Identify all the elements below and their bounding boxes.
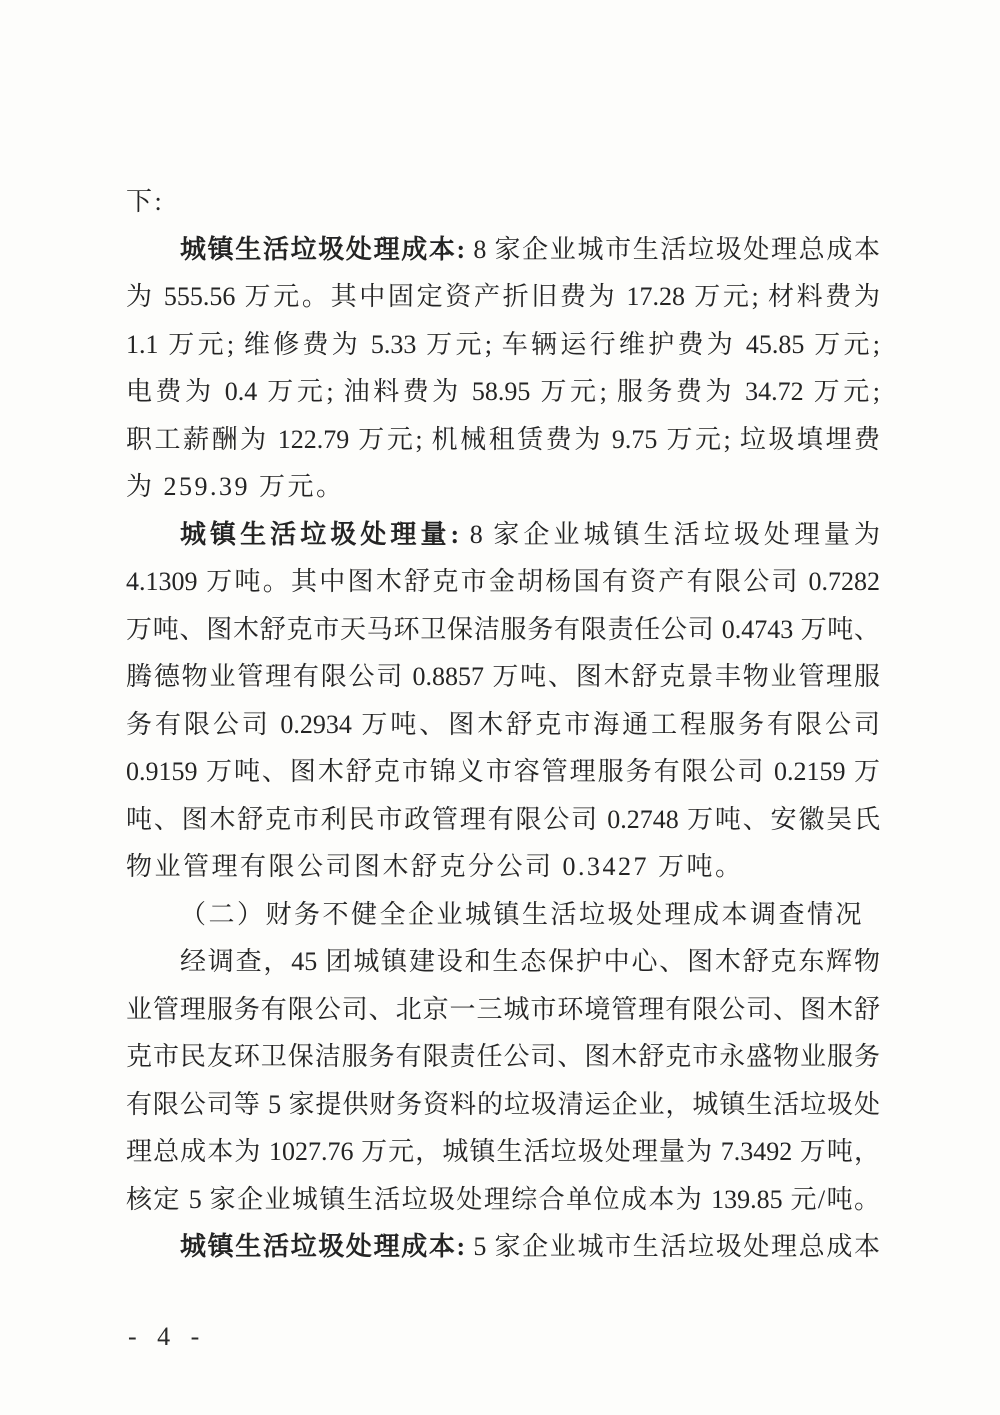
text-line: 0.9159 万吨、图木舒克市锦义市容管理服务有限公司 0.2159 万 [126,748,880,796]
document-body: 下: 城镇生活垃圾处理成本: 8 家企业城市生活垃圾处理总成本 为 555.56… [126,178,880,1271]
page-number: - 4 - [128,1322,206,1352]
text-line: 职工薪酬为 122.79 万元; 机械租赁费为 9.75 万元; 垃圾填埋费 [126,416,880,464]
text-line: 腾德物业管理有限公司 0.8857 万吨、图木舒克景丰物业管理服 [126,653,880,701]
text-line: 有限公司等 5 家提供财务资料的垃圾清运企业，城镇生活垃圾处 [126,1081,880,1129]
text-line: 1.1 万元; 维修费为 5.33 万元; 车辆运行维护费为 45.85 万元; [126,321,880,369]
paragraph-heading-line: 城镇生活垃圾处理量: 8 家企业城镇生活垃圾处理量为 [126,511,880,559]
text-line: 为 259.39 万元。 [126,463,880,511]
bold-heading-run: 城镇生活垃圾处理成本: [180,1232,465,1261]
bold-heading-run: 城镇生活垃圾处理量: [180,520,459,549]
text-run: 8 家企业城镇生活垃圾处理量为 [459,520,880,549]
text-line: 经调查，45 团城镇建设和生态保护中心、图木舒克东辉物 [126,938,880,986]
text-line: 为 555.56 万元。其中固定资产折旧费为 17.28 万元; 材料费为 [126,273,880,321]
text-run: 8 家企业城市生活垃圾处理总成本 [465,235,880,264]
section-heading-line: （二）财务不健全企业城镇生活垃圾处理成本调查情况 [126,891,880,939]
bold-heading-run: 城镇生活垃圾处理成本: [180,235,465,264]
text-line: 核定 5 家企业城镇生活垃圾处理综合单位成本为 139.85 元/吨。 [126,1176,880,1224]
text-line: 业管理服务有限公司、北京一三城市环境管理有限公司、图木舒 [126,986,880,1034]
text-line: 理总成本为 1027.76 万元，城镇生活垃圾处理量为 7.3492 万吨， [126,1128,880,1176]
paragraph-heading-line: 城镇生活垃圾处理成本: 5 家企业城市生活垃圾处理总成本 [126,1223,880,1271]
text-line: 务有限公司 0.2934 万吨、图木舒克市海通工程服务有限公司 [126,701,880,749]
text-line: 电费为 0.4 万元; 油料费为 58.95 万元; 服务费为 34.72 万元… [126,368,880,416]
text-line: 克市民友环卫保洁服务有限责任公司、图木舒克市永盛物业服务 [126,1033,880,1081]
paragraph-heading-line: 城镇生活垃圾处理成本: 8 家企业城市生活垃圾处理总成本 [126,226,880,274]
document-page: 下: 城镇生活垃圾处理成本: 8 家企业城市生活垃圾处理总成本 为 555.56… [0,0,1000,1415]
text-line: 4.1309 万吨。其中图木舒克市金胡杨国有资产有限公司 0.7282 [126,558,880,606]
text-line: 万吨、图木舒克市天马环卫保洁服务有限责任公司 0.4743 万吨、 [126,606,880,654]
text-run: 5 家企业城市生活垃圾处理总成本 [465,1232,880,1261]
text-line: 物业管理有限公司图木舒克分公司 0.3427 万吨。 [126,843,880,891]
text-line: 吨、图木舒克市利民市政管理有限公司 0.2748 万吨、安徽吴氏 [126,796,880,844]
text-line: 下: [126,178,880,226]
